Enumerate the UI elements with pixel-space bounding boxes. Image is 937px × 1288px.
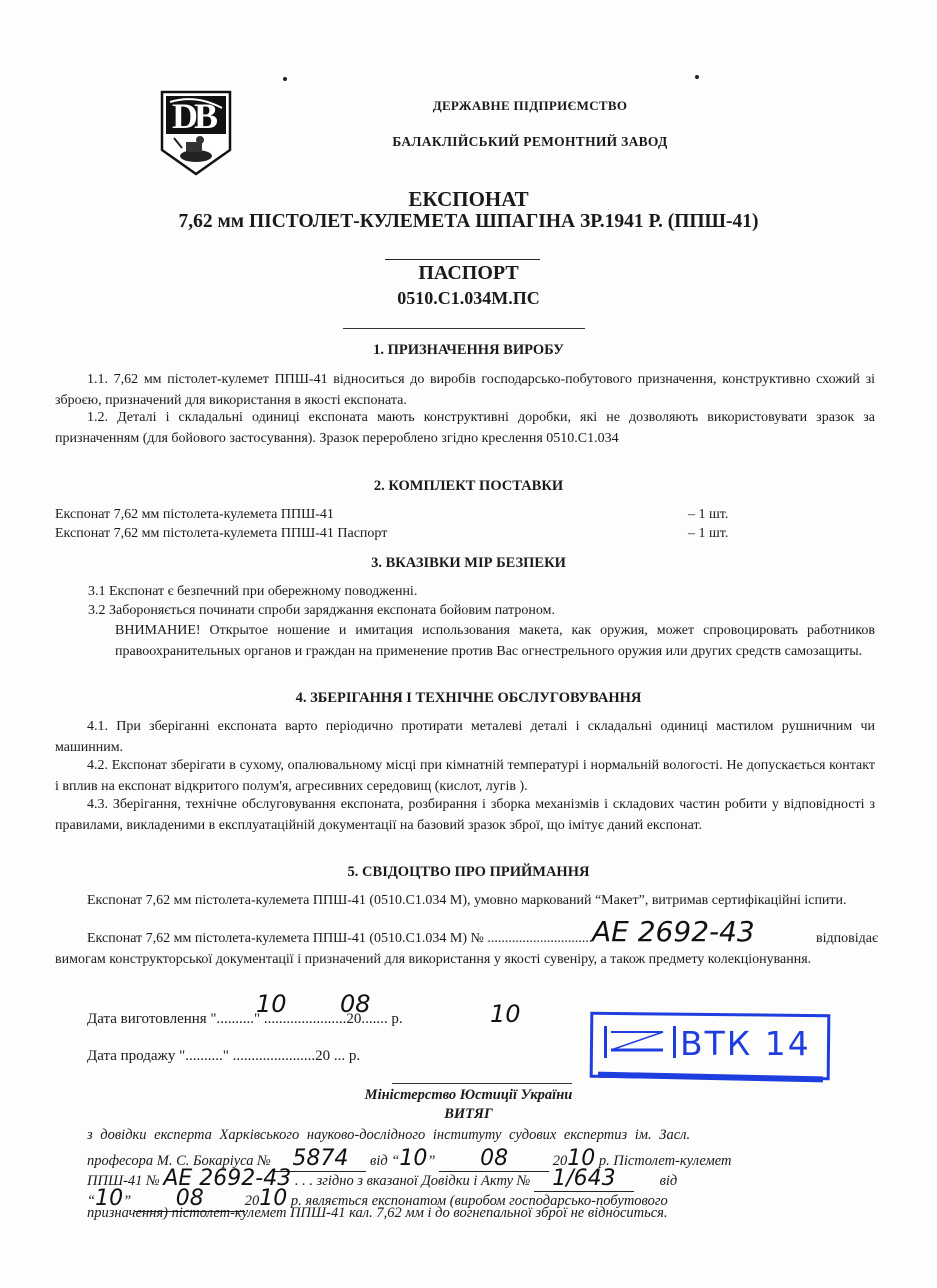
document-subtitle: 7,62 мм ПІСТОЛЕТ-КУЛЕМЕТА ШПАГІНА ЗР.194… xyxy=(0,211,937,233)
safety-item: 3.2 Забороняється починати спроби зарядж… xyxy=(88,603,555,619)
delivery-item-name: Експонат 7,62 мм пістолета-кулемета ППШ-… xyxy=(55,507,334,523)
paragraph-1-2: 1.2. Деталі і складальні одиниці експона… xyxy=(55,408,875,449)
ministry-name: Міністерство Юстиції України xyxy=(0,1087,937,1104)
qc-stamp-emblem xyxy=(604,1026,676,1058)
section-heading-safety: 3. ВКАЗІВКИ МІР БЕЗПЕКИ xyxy=(0,555,937,572)
org-type: ДЕРЖАВНЕ ПІДПРИЄМСТВО xyxy=(380,98,680,114)
document-type: ПАСПОРТ xyxy=(0,262,937,285)
section-heading-acceptance: 5. СВІДОЦТВО ПРО ПРИЙМАННЯ xyxy=(0,864,937,881)
extract-line-1: з довідки експерта Харківського науково-… xyxy=(87,1127,690,1144)
extract-title: ВИТЯГ xyxy=(0,1106,937,1123)
scan-speck xyxy=(695,75,699,79)
section-heading-delivery: 2. КОМПЛЕКТ ПОСТАВКИ xyxy=(0,478,937,495)
safety-warning: ВНИМАНИЕ! Открытое ношение и имитация ис… xyxy=(115,621,875,662)
section-heading-storage: 4. ЗБЕРІГАННЯ І ТЕХНІЧНЕ ОБСЛУГОВУВАННЯ xyxy=(0,690,937,707)
section-heading-purpose: 1. ПРИЗНАЧЕННЯ ВИРОБУ xyxy=(0,342,937,359)
acceptance-paragraph-1: Експонат 7,62 мм пістолета-кулемета ППШ-… xyxy=(55,891,875,912)
qc-stamp-text: ВТК 14 xyxy=(680,1024,811,1063)
document-title: ЕКСПОНАТ xyxy=(0,187,937,212)
paragraph-4-1: 4.1. При зберіганні експоната варто пері… xyxy=(55,717,875,758)
paragraph-1-1: 1.1. 7,62 мм пістолет-кулемет ППШ-41 від… xyxy=(55,370,875,411)
handwritten-day: 10 xyxy=(256,990,287,1018)
paragraph-4-3: 4.3. Зберігання, технічне обслуговування… xyxy=(55,795,875,836)
org-name: БАЛАКЛІЙСЬКИЙ РЕМОНТНИЙ ЗАВОД xyxy=(340,134,720,150)
scan-speck xyxy=(283,77,287,81)
handwritten-year: 10 xyxy=(490,1000,521,1028)
handwritten-serial: AE 2692-43 xyxy=(592,915,755,948)
divider xyxy=(343,328,585,329)
acceptance-paragraph-2: вимогам конструкторської документації і … xyxy=(55,950,875,971)
handwritten-month: 08 xyxy=(340,990,371,1018)
sale-date-label: Дата продажу ".........." ..............… xyxy=(87,1048,360,1065)
delivery-item-qty: – 1 шт. xyxy=(688,526,728,542)
paragraph-4-2: 4.2. Експонат зберігати в сухому, опалюв… xyxy=(55,756,875,797)
factory-emblem-icon: D B xyxy=(160,90,232,176)
acceptance-serial-line: Експонат 7,62 мм пістолета-кулемета ППШ-… xyxy=(87,931,592,947)
acceptance-serial-suffix: відповідає xyxy=(816,931,878,947)
divider xyxy=(385,259,540,260)
safety-item: 3.1 Експонат є безпечний при обережному … xyxy=(88,584,417,600)
extract-line-5: призначення) пістолет-кулемет ППШ-41 кал… xyxy=(87,1205,668,1222)
document-number: 0510.С1.034М.ПС xyxy=(0,288,937,309)
delivery-item-qty: – 1 шт. xyxy=(688,507,728,523)
delivery-item-name: Експонат 7,62 мм пістолета-кулемета ППШ-… xyxy=(55,526,387,542)
divider xyxy=(392,1083,572,1084)
